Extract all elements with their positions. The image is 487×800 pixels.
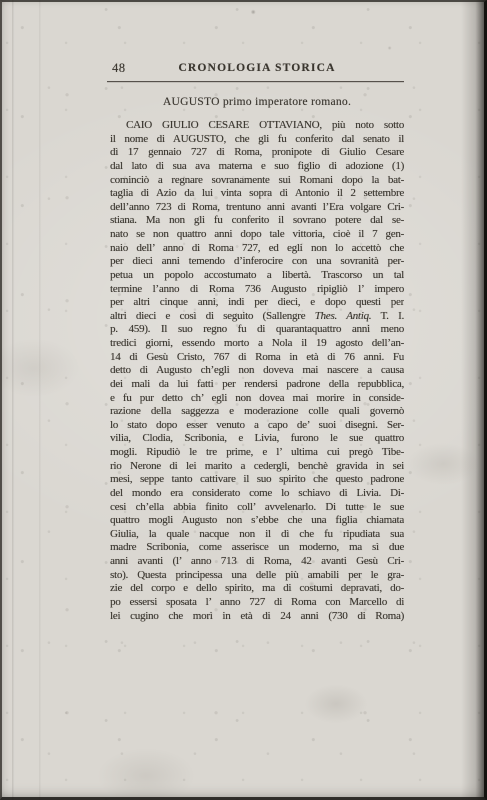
body-line: dei mali da lui fatti per rendersi padro…: [110, 378, 404, 392]
body-line: e fu pur detto ch’ egli non dovea mai mo…: [110, 392, 404, 406]
body-line: per altri cinque anni, indi per dieci, e…: [110, 296, 404, 310]
body-line: razione della saggezza e moderazione col…: [110, 405, 404, 419]
body-line: naio dell’ anno di Roma 727, ed egli non…: [110, 242, 404, 256]
book-page-scan: 48 CRONOLOGIA STORICA AUGUSTO primo impe…: [0, 0, 487, 800]
body-line: Giulia, la quale nacque non il dì che fu…: [110, 528, 404, 542]
body-line: petua un popolo accostumato a libertà. T…: [110, 269, 404, 283]
body-line: mesi, seppe tanto cattivare il suo spiri…: [110, 473, 404, 487]
body-line: dell’anno 723 di Roma, trentuno anni ava…: [110, 201, 404, 215]
body-line: nato se non quattro anni dopo tale vitto…: [110, 228, 404, 242]
body-line: detto di Augusto ch’egli non doveva mai …: [110, 364, 404, 378]
body-line: del mondo era considerato come lo schiav…: [110, 487, 404, 501]
section-title: AUGUSTO primo imperatore romano.: [110, 96, 404, 108]
body-line: rio Nerone di lei marito a cedergli, ben…: [110, 460, 404, 474]
body-line: lo stato dopo esser venuto a capo de’ su…: [110, 419, 404, 433]
body-line: vilia, Clodia, Scribonia, e Livia, furon…: [110, 432, 404, 446]
page-crease: [12, 0, 15, 800]
page-header: 48 CRONOLOGIA STORICA: [110, 61, 404, 77]
body-line: termine l’anno di Roma 736 Augusto ripig…: [110, 283, 404, 297]
body-line: altri dieci e così di seguito (Sallengre…: [110, 310, 404, 324]
body-line: per dieci anni temendo d’inferocire con …: [110, 255, 404, 269]
body-line: anni avanti (l’ anno 713 di Roma, 42 ava…: [110, 555, 404, 569]
body-line: cesi ch’ella abbia finito coll’ avvelena…: [110, 501, 404, 515]
body-line: dì 17 gennaio 727 di Roma, pronipote di …: [110, 146, 404, 160]
body-line: 14 di Gesù Cristo, 767 di Roma in età di…: [110, 351, 404, 365]
header-rule: [107, 81, 404, 82]
body-line: p. 459). Il suo regno fu di quarantaquat…: [110, 323, 404, 337]
body-line: lei cugino che morì in età di 24 anni (7…: [110, 610, 404, 624]
body-line: cominciò a regnare sovranamente sui Roma…: [110, 174, 404, 188]
body-line: taglia di Azio da lui vinta sopra di Ant…: [110, 187, 404, 201]
body-line: madre Scribonia, come asserisce un moder…: [110, 541, 404, 555]
page-right-edge-shadow: [461, 0, 487, 800]
page-crease: [39, 0, 42, 800]
body-line: mogli. Ripudiò le tre prime, e l’ ultima…: [110, 446, 404, 460]
body-line: sto). Questa principessa una delle più a…: [110, 569, 404, 583]
body-line: quattro mogli Augusto non s’ebbe che una…: [110, 514, 404, 528]
running-title: CRONOLOGIA STORICA: [110, 62, 404, 74]
body-line: stiana. Ma non gli fu conferito il sovra…: [110, 214, 404, 228]
body-line: dal lato di sua ava materna e suo figlio…: [110, 160, 404, 174]
body-line: po essersi sposata l’ anno 727 di Roma c…: [110, 596, 404, 610]
body-line: zie del corpo e dello spirito, ma di cos…: [110, 582, 404, 596]
body-line: tredici giorni, essendo morto a Nola il …: [110, 337, 404, 351]
body-line: CAIO GIULIO CESARE OTTAVIANO, più noto s…: [110, 119, 404, 133]
body-paragraph: CAIO GIULIO CESARE OTTAVIANO, più noto s…: [110, 119, 404, 623]
body-line: il nome di AUGUSTO, che gli fu conferito…: [110, 133, 404, 147]
